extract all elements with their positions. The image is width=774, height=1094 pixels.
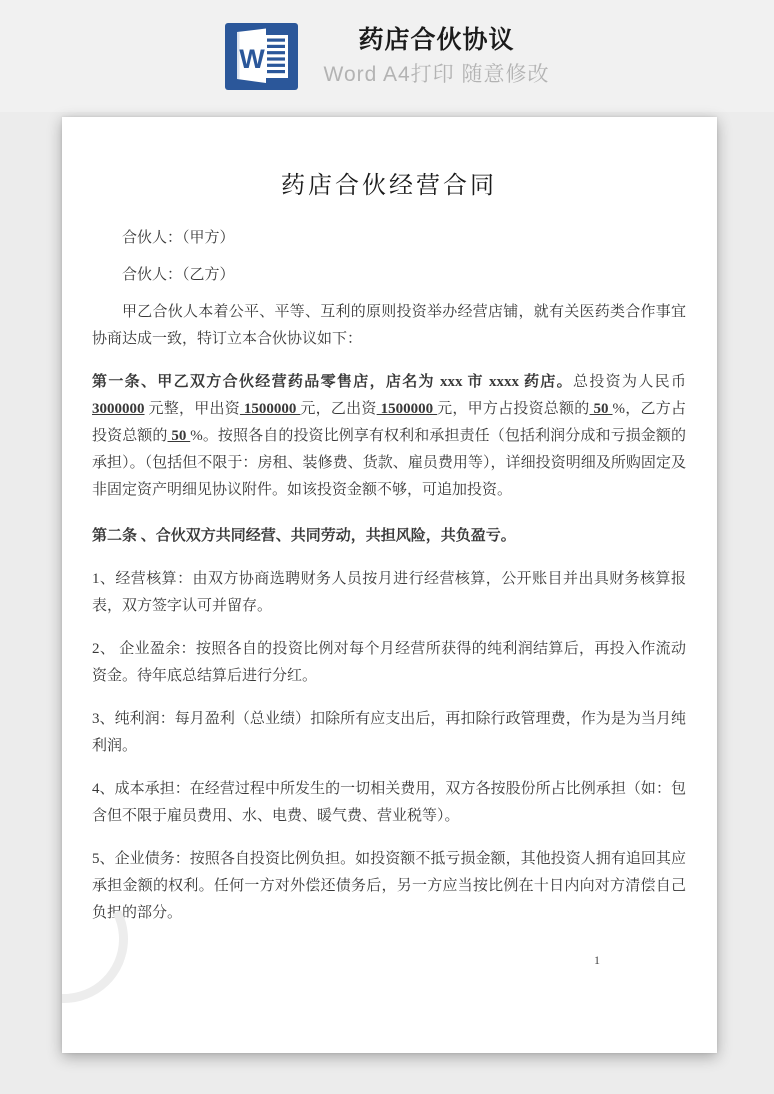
word-icon: W bbox=[225, 23, 298, 90]
paragraph-1: 合伙人：（甲方） bbox=[92, 225, 686, 252]
document-body: 合伙人：（甲方）合伙人：（乙方）甲乙合伙人本着公平、平等、互利的原则投资举办经营… bbox=[92, 225, 686, 927]
page-title: 药店合伙协议 bbox=[358, 25, 514, 55]
paragraph-4: 第一条、甲乙双方合伙经营药品零售店，店名为 xxx 市 xxxx 药店。总投资为… bbox=[92, 369, 686, 504]
header-text-block: 药店合伙协议 Word A4打印 随意修改 bbox=[324, 25, 550, 86]
document-title: 药店合伙经营合同 bbox=[92, 169, 686, 203]
paragraph-9: 4、成本承担：在经营过程中所发生的一切相关费用，双方各按股份所占比例承担（如：包… bbox=[92, 776, 686, 830]
paragraph-3: 甲乙合伙人本着公平、平等、互利的原则投资举办经营店铺，就有关医药类合作事宜协商达… bbox=[92, 299, 686, 353]
paragraph-7: 2、 企业盈余：按照各自的投资比例对每个月经营所获得的纯利润结算后，再投入作流动… bbox=[92, 636, 686, 690]
paragraph-2: 合伙人：（乙方） bbox=[92, 262, 686, 289]
page-number: 1 bbox=[594, 953, 600, 968]
document-page: 药店合伙经营合同 合伙人：（甲方）合伙人：（乙方）甲乙合伙人本着公平、平等、互利… bbox=[62, 117, 717, 1053]
svg-text:W: W bbox=[239, 44, 265, 74]
header: W 药店合伙协议 Word A4打印 随意修改 bbox=[0, 0, 774, 112]
paragraph-10: 5、企业债务：按照各自投资比例负担。如投资额不抵亏损金额，其他投资人拥有追回其应… bbox=[92, 846, 686, 927]
paragraph-8: 3、纯利润：每月盈利（总业绩）扣除所有应支出后，再扣除行政管理费，作为是为当月纯… bbox=[92, 706, 686, 760]
page-subtitle: Word A4打印 随意修改 bbox=[324, 63, 550, 86]
paragraph-5: 第二条 、合伙双方共同经营、共同劳动，共担风险，共负盈亏。 bbox=[92, 523, 686, 550]
paragraph-6: 1、经营核算：由双方协商选聘财务人员按月进行经营核算，公开账目并出具财务核算报表… bbox=[92, 566, 686, 620]
